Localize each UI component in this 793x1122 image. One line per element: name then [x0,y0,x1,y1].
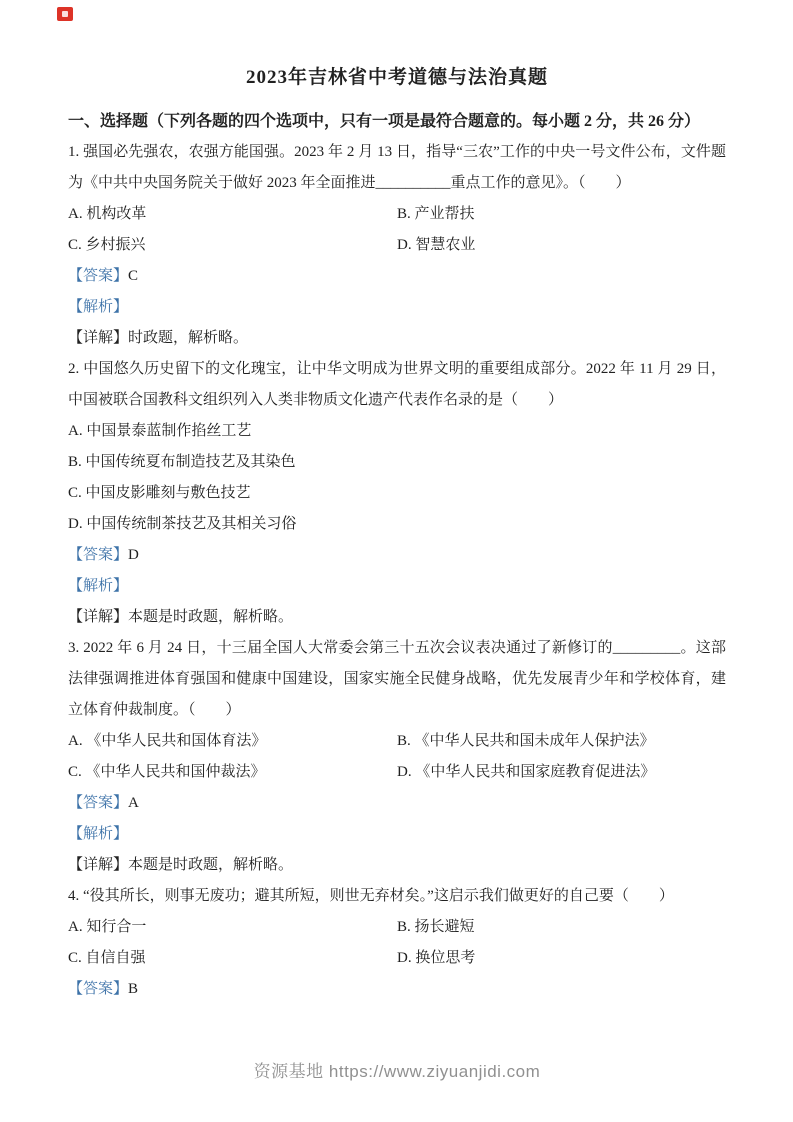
answer-line: 【答案】A [68,788,726,819]
option-c: C. 乡村振兴 [68,230,397,261]
detail-line: 【详解】时政题，解析略。 [68,323,726,354]
detail-text: 本题是时政题，解析略。 [128,857,293,873]
option-row: A. 知行合一 B. 扬长避短 [68,912,726,943]
analysis-line: 【解析】 [68,571,726,602]
answer-label: 【答案】 [68,268,128,284]
option-row: C. 自信自强 D. 换位思考 [68,943,726,974]
detail-line: 【详解】本题是时政题，解析略。 [68,850,726,881]
option-row: C. 乡村振兴 D. 智慧农业 [68,230,726,261]
option-a: A. 《中华人民共和国体育法》 [68,726,397,757]
analysis-label: 【解析】 [68,299,128,315]
answer-value: B [128,981,138,997]
answer-value: A [128,795,139,811]
option-d: D. 中国传统制茶技艺及其相关习俗 [68,509,726,540]
watermark-footer: 资源基地 https://www.ziyuanjidi.com [68,1057,726,1082]
answer-line: 【答案】B [68,974,726,1005]
option-c: C. 《中华人民共和国仲裁法》 [68,757,397,788]
option-b: B. 扬长避短 [397,912,475,943]
exam-document: 2023年吉林省中考道德与法治真题 一、选择题（下列各题的四个选项中，只有一项是… [0,0,793,1082]
question-block-2: 2. 中国悠久历史留下的文化瑰宝，让中华文明成为世界文明的重要组成部分。2022… [68,354,726,633]
option-a: A. 知行合一 [68,912,397,943]
option-d: D. 换位思考 [397,943,475,974]
answer-line: 【答案】C [68,261,726,292]
answer-label: 【答案】 [68,795,128,811]
question-block-4: 4. “役其所长，则事无废功；避其所短，则世无弃材矣。”这启示我们做更好的自己要… [68,881,726,1005]
option-b: B. 产业帮扶 [397,199,475,230]
corner-red-mark [57,7,73,21]
detail-label: 【详解】 [68,330,128,346]
option-c: C. 自信自强 [68,943,397,974]
option-row: C. 《中华人民共和国仲裁法》 D. 《中华人民共和国家庭教育促进法》 [68,757,726,788]
answer-value: D [128,547,139,563]
question-stem: 3. 2022 年 6 月 24 日，十三届全国人大常委会第三十五次会议表决通过… [68,633,726,726]
question-block-1: 1. 强国必先强农，农强方能国强。2023 年 2 月 13 日，指导“三农”工… [68,137,726,354]
option-b: B. 中国传统夏布制造技艺及其染色 [68,447,726,478]
option-row: A. 机构改革 B. 产业帮扶 [68,199,726,230]
option-d: D. 智慧农业 [397,230,475,261]
option-row: A. 《中华人民共和国体育法》 B. 《中华人民共和国未成年人保护法》 [68,726,726,757]
option-a: A. 机构改革 [68,199,397,230]
answer-value: C [128,268,138,284]
analysis-line: 【解析】 [68,292,726,323]
answer-label: 【答案】 [68,547,128,563]
answer-line: 【答案】D [68,540,726,571]
detail-label: 【详解】 [68,609,128,625]
doc-title: 2023年吉林省中考道德与法治真题 [68,0,726,94]
detail-text: 时政题，解析略。 [128,330,248,346]
detail-line: 【详解】本题是时政题，解析略。 [68,602,726,633]
option-b: B. 《中华人民共和国未成年人保护法》 [397,726,655,757]
analysis-line: 【解析】 [68,819,726,850]
question-stem: 4. “役其所长，则事无废功；避其所短，则世无弃材矣。”这启示我们做更好的自己要… [68,881,726,912]
question-block-3: 3. 2022 年 6 月 24 日，十三届全国人大常委会第三十五次会议表决通过… [68,633,726,881]
option-a: A. 中国景泰蓝制作掐丝工艺 [68,416,726,447]
answer-label: 【答案】 [68,981,128,997]
option-d: D. 《中华人民共和国家庭教育促进法》 [397,757,655,788]
analysis-label: 【解析】 [68,826,128,842]
analysis-label: 【解析】 [68,578,128,594]
option-c: C. 中国皮影雕刻与敷色技艺 [68,478,726,509]
question-stem: 1. 强国必先强农，农强方能国强。2023 年 2 月 13 日，指导“三农”工… [68,137,726,199]
detail-text: 本题是时政题，解析略。 [128,609,293,625]
question-stem: 2. 中国悠久历史留下的文化瑰宝，让中华文明成为世界文明的重要组成部分。2022… [68,354,726,416]
detail-label: 【详解】 [68,857,128,873]
section-heading: 一、选择题（下列各题的四个选项中，只有一项是最符合题意的。每小题 2 分，共 2… [68,106,726,137]
